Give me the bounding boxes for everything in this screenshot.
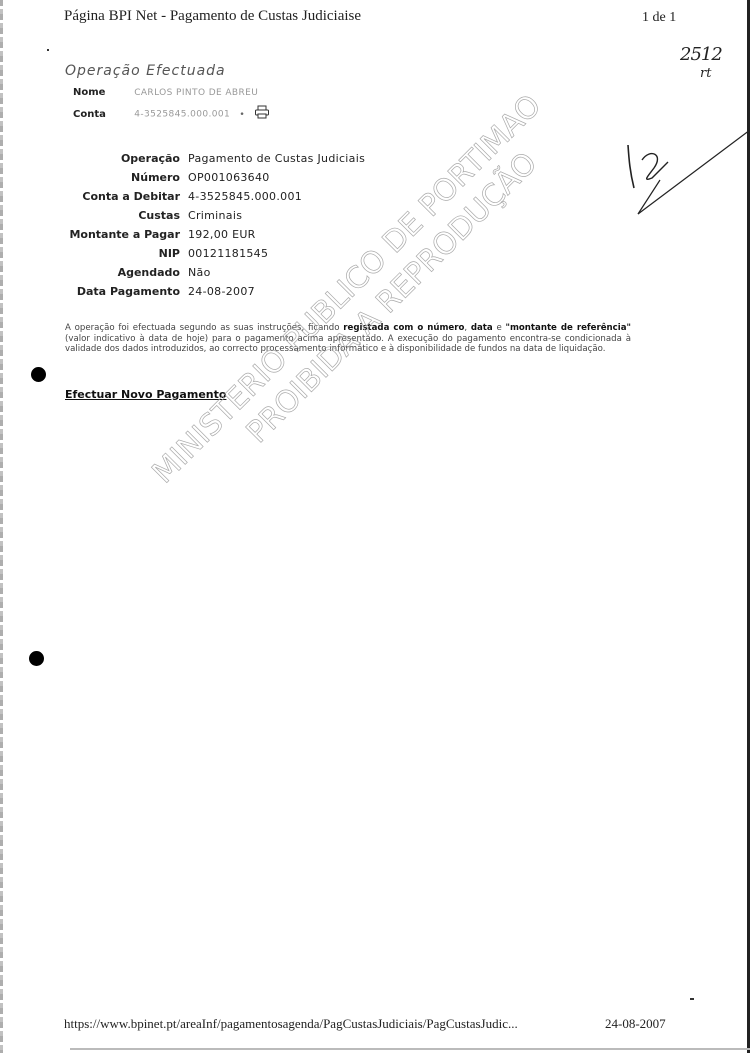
detail-row-numero: Número OP001063640	[60, 171, 365, 190]
new-payment-link[interactable]: Efectuar Novo Pagamento	[65, 388, 226, 401]
operation-notice: A operação foi efectuada segundo as suas…	[65, 323, 631, 355]
detail-label: Custas	[60, 209, 188, 228]
detail-row-data-pagamento: Data Pagamento 24-08-2007	[60, 285, 365, 304]
print-footer-url: https://www.bpinet.pt/areaInf/pagamentos…	[64, 1016, 518, 1032]
handwritten-signature	[620, 110, 750, 220]
detail-label: Conta a Debitar	[60, 190, 188, 209]
handwritten-reference: 2512	[680, 44, 722, 65]
notice-bold: registada com o número	[343, 323, 464, 333]
detail-value: Pagamento de Custas Judiciais	[188, 152, 365, 171]
print-header-title: Página BPI Net - Pagamento de Custas Jud…	[64, 8, 361, 25]
detail-value: 24-08-2007	[188, 285, 365, 304]
detail-label: Número	[60, 171, 188, 190]
handwritten-initials: rt	[700, 66, 711, 81]
detail-label: Agendado	[60, 266, 188, 285]
scan-speck	[690, 998, 694, 1000]
notice-bold: data	[471, 323, 493, 333]
detail-value: OP001063640	[188, 171, 365, 190]
scan-speck	[47, 49, 49, 51]
client-name-value: CARLOS PINTO DE ABREU	[134, 88, 258, 98]
detail-value: 192,00 EUR	[188, 228, 365, 247]
detail-row-custas: Custas Criminais	[60, 209, 365, 228]
account-separator: •	[239, 110, 245, 120]
client-name-row: Nome CARLOS PINTO DE ABREU	[73, 87, 258, 98]
detail-label: NIP	[60, 247, 188, 266]
detail-value: Não	[188, 266, 365, 285]
detail-row-conta-a-debitar: Conta a Debitar 4-3525845.000.001	[60, 190, 365, 209]
detail-value: 4-3525845.000.001	[188, 190, 365, 209]
notice-text: A operação foi efectuada segundo as suas…	[65, 323, 343, 333]
print-header-page-indicator: 1 de 1	[642, 10, 676, 26]
notice-text: e	[493, 323, 506, 333]
client-account-row: Conta 4-3525845.000.001 •	[73, 105, 270, 122]
scan-edge-left	[0, 0, 3, 1053]
detail-row-agendado: Agendado Não	[60, 266, 365, 285]
punch-hole	[31, 367, 46, 382]
print-footer-date: 24-08-2007	[605, 1016, 666, 1032]
detail-label: Operação	[60, 152, 188, 171]
detail-label: Data Pagamento	[60, 285, 188, 304]
operation-details-table: Operação Pagamento de Custas Judiciais N…	[60, 152, 365, 304]
client-name-label: Nome	[73, 87, 131, 98]
notice-text: (valor indicativo à data de hoje) para o…	[65, 334, 631, 355]
notice-bold: "montante de referência"	[505, 323, 631, 333]
detail-value: Criminais	[188, 209, 365, 228]
punch-hole	[29, 651, 44, 666]
detail-value: 00121181545	[188, 247, 365, 266]
printer-icon[interactable]	[254, 105, 270, 122]
detail-row-montante: Montante a Pagar 192,00 EUR	[60, 228, 365, 247]
operation-title: Operação Efectuada	[65, 63, 226, 79]
detail-row-nip: NIP 00121181545	[60, 247, 365, 266]
detail-label: Montante a Pagar	[60, 228, 188, 247]
detail-row-operacao: Operação Pagamento de Custas Judiciais	[60, 152, 365, 171]
client-account-value: 4-3525845.000.001	[134, 110, 230, 120]
footer-rule	[70, 1048, 750, 1050]
client-account-label: Conta	[73, 109, 131, 120]
